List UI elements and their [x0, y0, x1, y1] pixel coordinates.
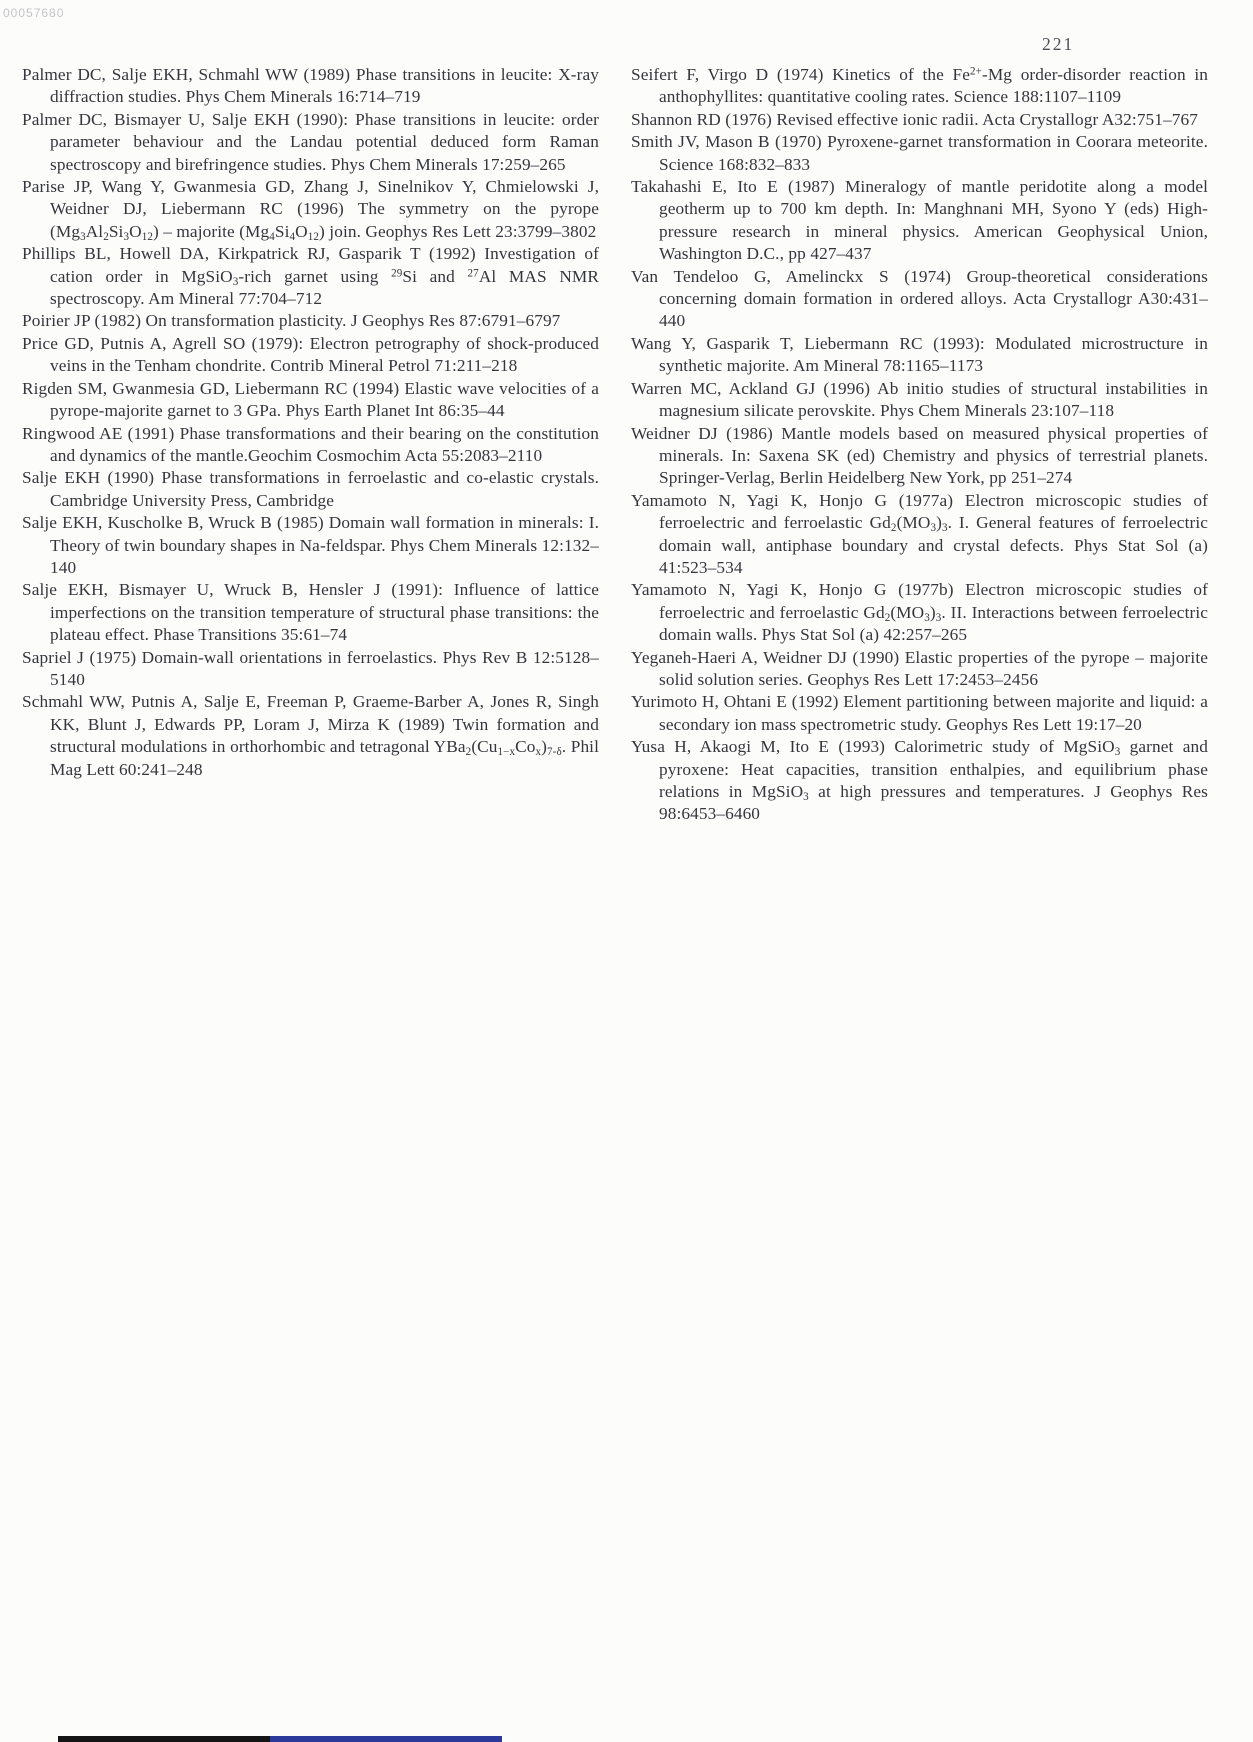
reference-entry: Salje EKH (1990) Phase transformations i… — [22, 467, 599, 512]
reference-entry: Yamamoto N, Yagi K, Honjo G (1977a) Elec… — [631, 490, 1208, 580]
reference-entry: Ringwood AE (1991) Phase transformations… — [22, 423, 599, 468]
reference-entry: Schmahl WW, Putnis A, Salje E, Freeman P… — [22, 691, 599, 781]
references-column-left: Palmer DC, Salje EKH, Schmahl WW (1989) … — [22, 64, 599, 781]
page-number: 221 — [1042, 34, 1074, 55]
reference-entry: Shannon RD (1976) Revised effective ioni… — [631, 109, 1208, 131]
reference-entry: Wang Y, Gasparik T, Liebermann RC (1993)… — [631, 333, 1208, 378]
reference-entry: Weidner DJ (1986) Mantle models based on… — [631, 423, 1208, 490]
reference-entry: Poirier JP (1982) On transformation plas… — [22, 310, 599, 332]
reference-entry: Yamamoto N, Yagi K, Honjo G (1977b) Elec… — [631, 579, 1208, 646]
reference-entry: Salje EKH, Kuscholke B, Wruck B (1985) D… — [22, 512, 599, 579]
reference-entry: Price GD, Putnis A, Agrell SO (1979): El… — [22, 333, 599, 378]
reference-entry: Smith JV, Mason B (1970) Pyroxene-garnet… — [631, 131, 1208, 176]
reference-entry: Seifert F, Virgo D (1974) Kinetics of th… — [631, 64, 1208, 109]
reference-entry: Takahashi E, Ito E (1987) Mineralogy of … — [631, 176, 1208, 266]
reference-entry: Rigden SM, Gwanmesia GD, Liebermann RC (… — [22, 378, 599, 423]
scan-id-stamp: 00057680 — [3, 6, 64, 20]
reference-entry: Phillips BL, Howell DA, Kirkpatrick RJ, … — [22, 243, 599, 310]
scan-artifact-black-bar — [58, 1736, 270, 1742]
references-column-right: Seifert F, Virgo D (1974) Kinetics of th… — [631, 64, 1208, 826]
reference-entry: Warren MC, Ackland GJ (1996) Ab initio s… — [631, 378, 1208, 423]
reference-entry: Salje EKH, Bismayer U, Wruck B, Hensler … — [22, 579, 599, 646]
reference-entry: Palmer DC, Salje EKH, Schmahl WW (1989) … — [22, 64, 599, 109]
reference-entry: Yeganeh-Haeri A, Weidner DJ (1990) Elast… — [631, 647, 1208, 692]
reference-entry: Yurimoto H, Ohtani E (1992) Element part… — [631, 691, 1208, 736]
journal-page: 00057680 221 Palmer DC, Salje EKH, Schma… — [0, 0, 1253, 1742]
scan-artifact-blue-bar — [270, 1736, 502, 1742]
reference-entry: Van Tendeloo G, Amelinckx S (1974) Group… — [631, 266, 1208, 333]
reference-entry: Yusa H, Akaogi M, Ito E (1993) Calorimet… — [631, 736, 1208, 826]
reference-entry: Sapriel J (1975) Domain-wall orientation… — [22, 647, 599, 692]
reference-entry: Parise JP, Wang Y, Gwanmesia GD, Zhang J… — [22, 176, 599, 243]
reference-entry: Palmer DC, Bismayer U, Salje EKH (1990):… — [22, 109, 599, 176]
